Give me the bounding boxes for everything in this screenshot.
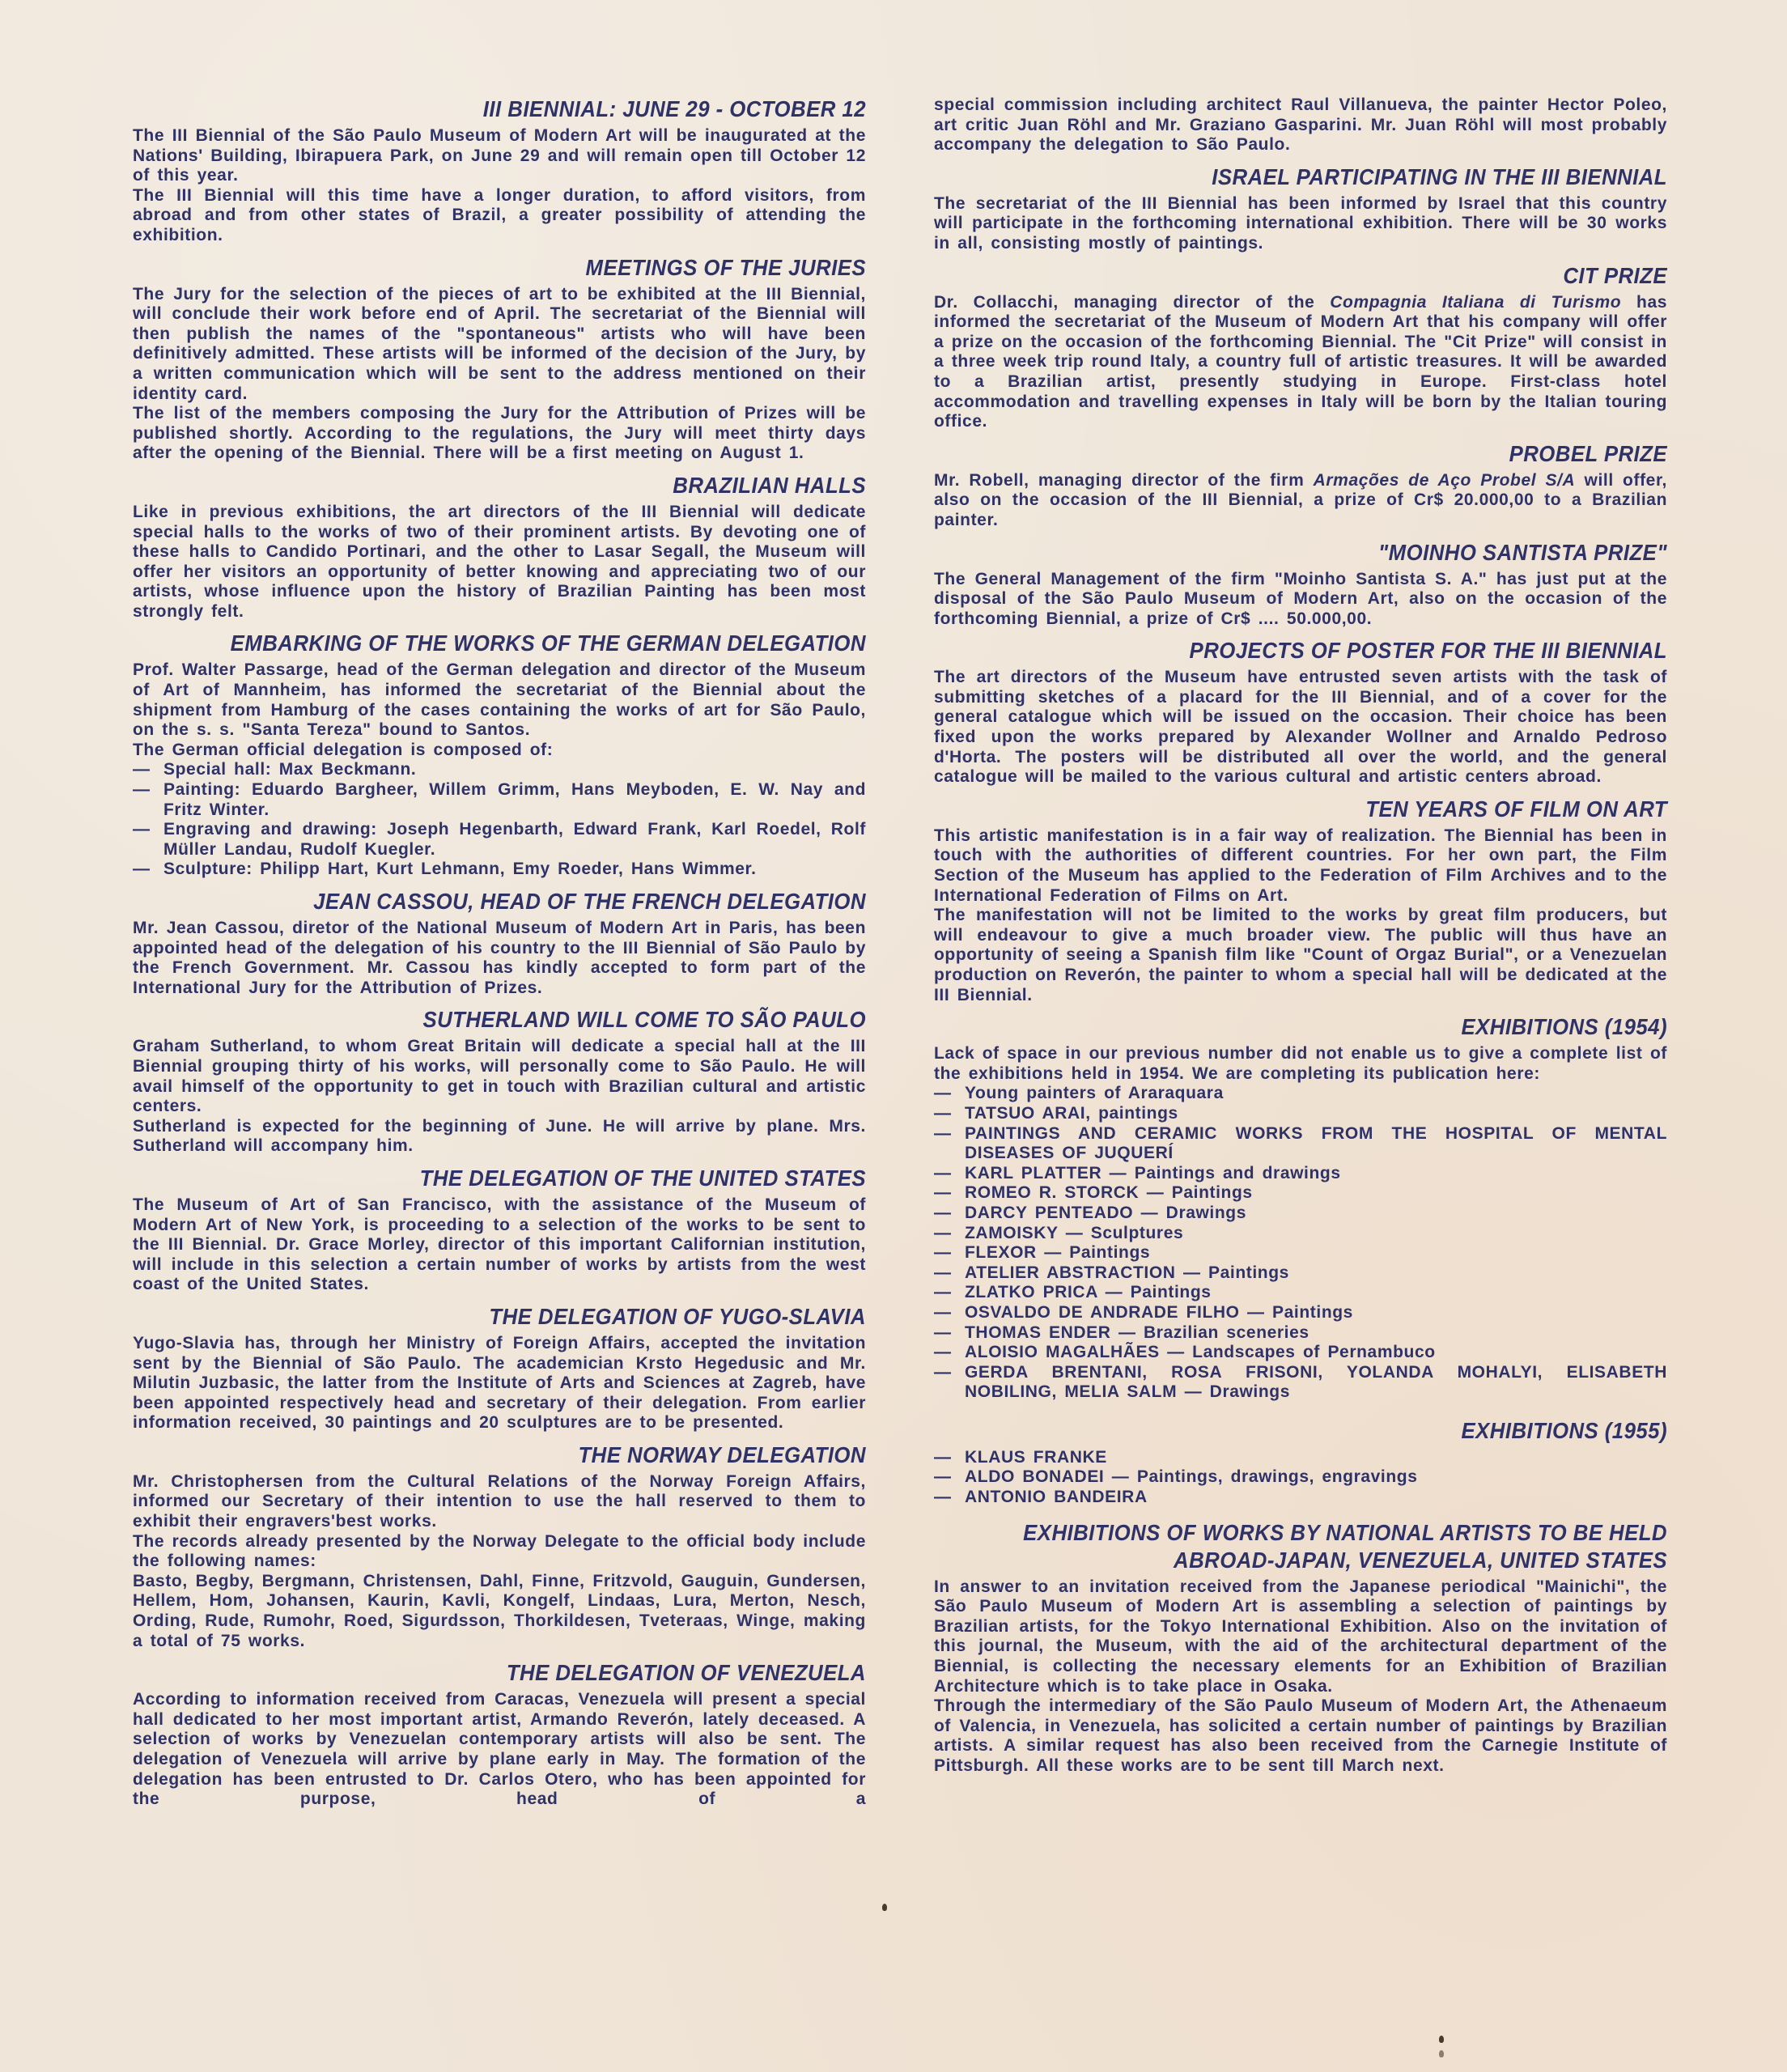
paragraph: Mr. Robell, managing director of the fir… [934,471,1667,531]
section-venezuela-delegation: THE DELEGATION OF VENEZUELA According to… [133,1659,866,1810]
section-heading: III BIENNIAL: JUNE 29 - OCTOBER 12 [191,96,866,123]
paragraph: Like in previous exhibitions, the art di… [133,503,866,622]
list-item: —OSVALDO DE ANDRADE FILHO — Paintings [934,1303,1667,1323]
section-probel-prize: PROBEL PRIZE Mr. Robell, managing direct… [934,440,1667,531]
paragraph: In answer to an invitation received from… [934,1577,1667,1697]
list-dash: — [133,760,163,780]
section-heading: THE DELEGATION OF THE UNITED STATES [191,1165,866,1192]
list-item: —PAINTINGS AND CERAMIC WORKS FROM THE HO… [934,1124,1667,1164]
section-israel: ISRAEL PARTICIPATING IN THE III BIENNIAL… [934,163,1667,254]
list-item: —Sculpture: Philipp Hart, Kurt Lehmann, … [133,860,866,880]
paper-speck [1439,2036,1444,2043]
list-item: —Painting: Eduardo Bargheer, Willem Grim… [133,780,866,820]
continued-paragraph: special commission including architect R… [934,96,1667,155]
list-item: —Engraving and drawing: Joseph Hegenbart… [133,820,866,860]
section-heading: MEETINGS OF THE JURIES [191,254,866,282]
list-item: —KLAUS FRANKE [934,1448,1667,1468]
paragraph: The Jury for the selection of the pieces… [133,285,866,405]
list-dash: — [133,780,163,800]
section-exhibitions-1955: EXHIBITIONS (1955) —KLAUS FRANKE —ALDO B… [934,1417,1667,1508]
document-page: III BIENNIAL: JUNE 29 - OCTOBER 12 The I… [0,0,1787,2072]
list-item: —ZLATKO PRICA — Paintings [934,1283,1667,1303]
section-us-delegation: THE DELEGATION OF THE UNITED STATES The … [133,1165,866,1295]
section-exhibitions-abroad: EXHIBITIONS OF WORKS BY NATIONAL ARTISTS… [934,1519,1667,1777]
list-item: —ALDO BONADEI — Paintings, drawings, eng… [934,1467,1667,1488]
paragraph: Dr. Collacchi, managing director of the … [934,293,1667,432]
company-name: Compagnia Italiana di Turismo [1330,293,1621,312]
paragraph: Yugo-Slavia has, through her Ministry of… [133,1334,866,1433]
paragraph: Through the intermediary of the São Paul… [934,1696,1667,1776]
list-dash: — [133,820,163,840]
section-heading: EXHIBITIONS (1955) [992,1417,1667,1445]
section-french-delegation: JEAN CASSOU, HEAD OF THE FRENCH DELEGATI… [133,888,866,998]
section-heading: SUTHERLAND WILL COME TO SÃO PAULO [191,1006,866,1034]
left-column: III BIENNIAL: JUNE 29 - OCTOBER 12 The I… [133,96,866,1810]
section-cit-prize: CIT PRIZE Dr. Collacchi, managing direct… [934,262,1667,432]
paragraph: The art directors of the Museum have ent… [934,668,1667,788]
right-column: special commission including architect R… [934,96,1667,1777]
paragraph: Sutherland is expected for the beginning… [133,1117,866,1157]
section-heading: THE DELEGATION OF YUGO-SLAVIA [191,1303,866,1331]
list-item: —KARL PLATTER — Paintings and drawings [934,1164,1667,1184]
section-heading: PROJECTS OF POSTER FOR THE III BIENNIAL [992,637,1667,664]
paragraph: The German official delegation is compos… [133,741,866,761]
list-item: —GERDA BRENTANI, ROSA FRISONI, YOLANDA M… [934,1363,1667,1403]
section-film-on-art: TEN YEARS OF FILM ON ART This artistic m… [934,796,1667,1005]
list-item: —ZAMOISKY — Sculptures [934,1224,1667,1244]
paper-speck [882,1904,887,1911]
paragraph: The III Biennial will this time have a l… [133,186,866,246]
german-delegation-list: —Special hall: Max Beckmann. —Painting: … [133,760,866,880]
paragraph: Basto, Begby, Bergmann, Christensen, Dah… [133,1572,866,1651]
section-poster-projects: PROJECTS OF POSTER FOR THE III BIENNIAL … [934,637,1667,788]
list-item: —Special hall: Max Beckmann. [133,760,866,780]
section-heading: EMBARKING OF THE WORKS OF THE GERMAN DEL… [191,630,866,657]
section-heading: ISRAEL PARTICIPATING IN THE III BIENNIAL [992,163,1667,191]
list-item: —ALOISIO MAGALHÃES — Landscapes of Perna… [934,1343,1667,1363]
paragraph: This artistic manifestation is in a fair… [934,826,1667,906]
list-item: —Young painters of Araraquara [934,1084,1667,1104]
paragraph: The manifestation will not be limited to… [934,906,1667,1005]
section-heading: PROBEL PRIZE [992,440,1667,468]
paragraph: Lack of space in our previous number did… [934,1044,1667,1084]
paragraph: The list of the members composing the Ju… [133,404,866,464]
list-item: —ROMEO R. STORCK — Paintings [934,1183,1667,1204]
section-yugoslavia-delegation: THE DELEGATION OF YUGO-SLAVIA Yugo-Slavi… [133,1303,866,1433]
paragraph: According to information received from C… [133,1690,866,1810]
section-heading: JEAN CASSOU, HEAD OF THE FRENCH DELEGATI… [191,888,866,915]
section-heading: BRAZILIAN HALLS [191,472,866,499]
paragraph: The III Biennial of the São Paulo Museum… [133,126,866,186]
paragraph: Graham Sutherland, to whom Great Britain… [133,1037,866,1116]
section-heading: EXHIBITIONS OF WORKS BY NATIONAL ARTISTS… [992,1519,1667,1574]
section-heading: THE NORWAY DELEGATION [191,1441,866,1469]
section-exhibitions-1954: EXHIBITIONS (1954) Lack of space in our … [934,1013,1667,1403]
section-heading: TEN YEARS OF FILM ON ART [992,796,1667,823]
paragraph: The Museum of Art of San Francisco, with… [133,1195,866,1295]
list-item: —THOMAS ENDER — Brazilian sceneries [934,1323,1667,1344]
list-item: —ANTONIO BANDEIRA [934,1488,1667,1508]
paragraph: The secretariat of the III Biennial has … [934,194,1667,254]
company-name: Armações de Aço Probel S/A [1314,471,1576,490]
section-heading: THE DELEGATION OF VENEZUELA [191,1659,866,1687]
section-norway-delegation: THE NORWAY DELEGATION Mr. Christophersen… [133,1441,866,1651]
list-item: —FLEXOR — Paintings [934,1243,1667,1263]
paragraph: The records already presented by the Nor… [133,1532,866,1572]
exhibitions-1954-list: —Young painters of Araraquara —TATSUO AR… [934,1084,1667,1403]
paragraph: Mr. Jean Cassou, diretor of the National… [133,919,866,998]
paragraph: Prof. Walter Passarge, head of the Germa… [133,660,866,740]
paper-speck [1439,2050,1444,2057]
section-meetings-of-juries: MEETINGS OF THE JURIES The Jury for the … [133,254,866,464]
paragraph: The General Management of the firm "Moin… [934,570,1667,630]
section-biennial-dates: III BIENNIAL: JUNE 29 - OCTOBER 12 The I… [133,96,866,246]
list-item: —TATSUO ARAI, paintings [934,1104,1667,1124]
section-heading: CIT PRIZE [992,262,1667,290]
exhibitions-1955-list: —KLAUS FRANKE —ALDO BONADEI — Paintings,… [934,1448,1667,1508]
section-moinho-santista-prize: "MOINHO SANTISTA PRIZE" The General Mana… [934,539,1667,630]
section-heading: EXHIBITIONS (1954) [992,1013,1667,1041]
section-sutherland: SUTHERLAND WILL COME TO SÃO PAULO Graham… [133,1006,866,1157]
section-german-delegation: EMBARKING OF THE WORKS OF THE GERMAN DEL… [133,630,866,880]
list-item: —ATELIER ABSTRACTION — Paintings [934,1263,1667,1284]
list-dash: — [133,860,163,880]
list-item: —DARCY PENTEADO — Drawings [934,1204,1667,1224]
section-heading: "MOINHO SANTISTA PRIZE" [992,539,1667,567]
paragraph: Mr. Christophersen from the Cultural Rel… [133,1472,866,1532]
section-brazilian-halls: BRAZILIAN HALLS Like in previous exhibit… [133,472,866,622]
